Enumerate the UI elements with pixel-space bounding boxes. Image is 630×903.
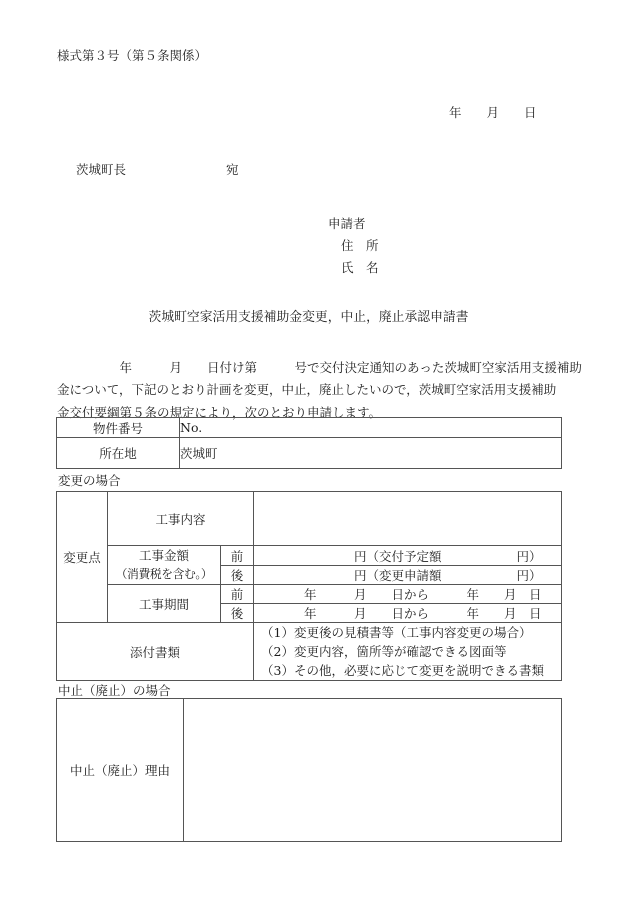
amount-before-label-cell: 前 xyxy=(221,546,254,566)
table-row: 中止（廃止）理由 xyxy=(57,699,562,842)
form-number: 様式第３号（第５条関係） xyxy=(57,46,207,64)
cancel-table: 中止（廃止）理由 xyxy=(56,698,562,842)
table-row: 工事金額 （消費税を含む。） 前 円（交付予定額 円） xyxy=(57,546,562,566)
date-line: 年 月 日 xyxy=(449,103,537,121)
attachments-list-cell: （1）変更後の見積書等（工事内容変更の場合） （2）変更内容，箇所等が確認できる… xyxy=(254,623,562,681)
paragraph-line-1: 年 月 日付け第 号で交付決定通知のあった茨城町空家活用支援補助 xyxy=(57,357,597,379)
attachment-item: （3）その他，必要に応じて変更を説明できる書類 xyxy=(261,661,561,680)
change-table: 変更点 工事内容 工事金額 （消費税を含む。） 前 円（交付予定額 円） 後 円… xyxy=(56,491,562,681)
property-table: 物件番号 No. 所在地 茨城町 xyxy=(56,417,562,469)
addressee: 茨城町長 xyxy=(76,162,126,177)
amount-before-value-cell: 円（交付予定額 円） xyxy=(254,546,562,566)
amount-after-label-cell: 後 xyxy=(221,566,254,585)
table-row: 工事期間 前 年 月 日から 年 月 日 xyxy=(57,585,562,604)
change-point-label-cell: 変更点 xyxy=(57,492,108,623)
period-before-value-cell: 年 月 日から 年 月 日 xyxy=(254,585,562,604)
work-amount-label: 工事金額 xyxy=(108,547,220,565)
work-amount-note: （消費税を含む。） xyxy=(108,565,220,583)
addressee-line: 茨城町長宛 xyxy=(76,160,239,178)
change-section-heading: 変更の場合 xyxy=(58,471,121,489)
document-title: 茨城町空家活用支援補助金変更，中止，廃止承認申請書 xyxy=(56,306,561,325)
table-row: 添付書類 （1）変更後の見積書等（工事内容変更の場合） （2）変更内容，箇所等が… xyxy=(57,623,562,681)
amount-after-value-cell: 円（変更申請額 円） xyxy=(254,566,562,585)
period-after-label-cell: 後 xyxy=(221,604,254,623)
table-row: 変更点 工事内容 xyxy=(57,492,562,546)
body-paragraph: 年 月 日付け第 号で交付決定通知のあった茨城町空家活用支援補助 金について，下… xyxy=(57,357,597,424)
period-before-label-cell: 前 xyxy=(221,585,254,604)
attachments-label-cell: 添付書類 xyxy=(57,623,254,681)
applicant-block: 申請者 住 所 氏 名 xyxy=(328,213,379,279)
document-page: 様式第３号（第５条関係） 年 月 日 茨城町長宛 申請者 住 所 氏 名 茨城町… xyxy=(0,0,630,903)
work-content-value-cell xyxy=(254,492,562,546)
location-value-cell: 茨城町 xyxy=(180,438,562,469)
cancel-section-heading: 中止（廃止）の場合 xyxy=(58,681,171,699)
property-number-value-cell: No. xyxy=(180,418,562,438)
attachment-item: （1）変更後の見積書等（工事内容変更の場合） xyxy=(261,623,561,642)
work-amount-label-cell: 工事金額 （消費税を含む。） xyxy=(108,546,221,585)
location-label-cell: 所在地 xyxy=(57,438,180,469)
attachment-item: （2）変更内容，箇所等が確認できる図面等 xyxy=(261,642,561,661)
addressee-suffix: 宛 xyxy=(226,162,239,177)
table-row: 所在地 茨城町 xyxy=(57,438,562,469)
applicant-name-label: 氏 名 xyxy=(341,257,379,279)
work-content-label-cell: 工事内容 xyxy=(108,492,254,546)
applicant-address-label: 住 所 xyxy=(341,235,379,257)
period-after-value-cell: 年 月 日から 年 月 日 xyxy=(254,604,562,623)
applicant-label: 申請者 xyxy=(328,213,379,235)
cancel-reason-label-cell: 中止（廃止）理由 xyxy=(57,699,184,842)
work-period-label-cell: 工事期間 xyxy=(108,585,221,623)
paragraph-line-2: 金について，下記のとおり計画を変更，中止，廃止したいので，茨城町空家活用支援補助 xyxy=(57,379,597,401)
property-number-label-cell: 物件番号 xyxy=(57,418,180,438)
cancel-reason-value-cell xyxy=(184,699,562,842)
table-row: 物件番号 No. xyxy=(57,418,562,438)
